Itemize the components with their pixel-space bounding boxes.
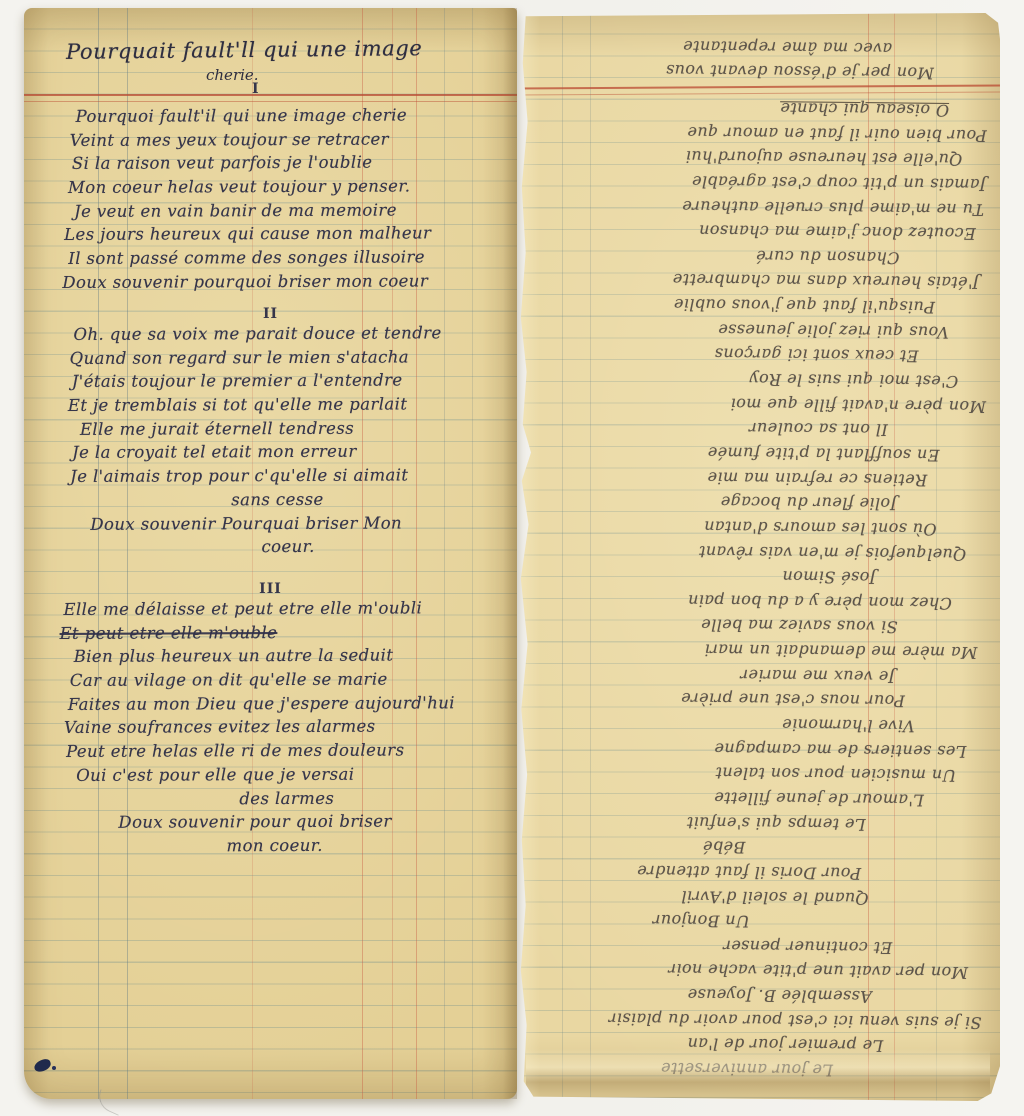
handwriting-line: Où sont les amours d'antan xyxy=(531,512,989,541)
handwriting-line: Pourquoi fault'il qui une image cherie xyxy=(56,103,511,129)
handwriting-line: Pour Doris il faut attendre xyxy=(527,857,985,886)
handwriting-line: Pour bien ouir il faut en amour que xyxy=(535,118,993,147)
handwriting-line: Mon per je d'éssou devant vous xyxy=(538,57,984,86)
handwriting-line: Doux souvenir pourquoi briser mon coeur xyxy=(56,269,511,295)
stanza-1: Pourquoi fault'il qui une image cherieVe… xyxy=(56,103,512,294)
flipped-song-lines: Le jour anniversetteLe premier jour de l… xyxy=(525,93,993,1084)
handwriting-line: Elle me délaisse et peut etre elle m'oub… xyxy=(53,596,512,622)
handwriting-line: Mon père n'avait fille que moi xyxy=(532,389,990,418)
left-page: Pourquait fault'll qui une image cherie.… xyxy=(24,8,517,1099)
handwriting-line: sans cesse xyxy=(56,487,511,513)
stanza-numeral-3: III xyxy=(24,581,517,597)
handwriting-line: Quand le soleil d'Avril xyxy=(527,881,985,910)
handwriting-line: avec ma âme repentante xyxy=(538,33,984,62)
handwriting-line: Je veut en vain banir de ma memoire xyxy=(56,198,511,224)
handwriting-line: O oiseau qui chante xyxy=(535,93,993,122)
handwriting-line: Oui c'est pour elle que je versai xyxy=(54,762,513,788)
handwriting-line: Chanson du curé xyxy=(533,241,991,270)
handwriting-line: C'est moi qui suis le Roy xyxy=(532,364,990,393)
handwriting-line: Jolie fleur du bocage xyxy=(531,487,989,516)
handwriting-line: Et je tremblais si tot qu'elle me parlai… xyxy=(56,392,511,418)
handwriting-line: Je veux me marier xyxy=(529,660,987,689)
handwriting-line: Ma mère me demandait un mari xyxy=(529,635,987,664)
handwriting-line: Quelquefois je m'en vais rêvant xyxy=(530,537,988,566)
handwriting-line: Si je suis venu ici c'est pour avoir du … xyxy=(525,1005,983,1034)
handwriting-line: Tu ne m'aime plus cruelle autheure xyxy=(534,192,992,221)
handwriting-line: Puisqu'il faut que j'vous oublie xyxy=(533,290,991,319)
handwriting-line: Un musicien pour son talent xyxy=(528,758,986,787)
poem-title: Pourquait fault'll qui une image xyxy=(66,36,423,64)
paper-crinkle xyxy=(526,1049,991,1095)
handwriting-line: Vous qui riez jolie jeunesse xyxy=(533,315,991,344)
stanza-numeral-2: II xyxy=(24,306,517,322)
handwriting-line: Peut etre helas elle ri de mes douleurs xyxy=(54,738,513,764)
handwriting-line: Et continuer penser xyxy=(526,931,984,960)
handwriting-line: Bien plus heureux un autre la seduit xyxy=(54,643,513,669)
handwriting-line: Vive l'harmonie xyxy=(528,709,986,738)
handwriting-line: Assemblée B. Joyeuse xyxy=(526,980,984,1009)
handwriting-line: Mon per avait une p'tite vache noir xyxy=(526,955,984,984)
handwriting-line: Bébé xyxy=(527,832,985,861)
stanza-3: Elle me délaisse et peut etre elle m'oub… xyxy=(53,596,513,859)
handwriting-line: Elle me jurait éternell tendress xyxy=(56,416,511,442)
header-red-rule xyxy=(24,94,517,102)
handwriting-line: Faites au mon Dieu que j'espere aujourd'… xyxy=(54,691,513,717)
handwriting-line: Vaine soufrances evitez les alarmes xyxy=(54,714,513,740)
handwriting-line: Chez mon père y a du bon pain xyxy=(530,586,988,615)
handwriting-line: Il ont sa couleur xyxy=(532,413,990,442)
handwriting-line: José Simon xyxy=(530,561,988,590)
handwriting-line: Mon coeur helas veut toujour y penser. xyxy=(56,174,511,200)
handwriting-line: Qu'elle est heureuse aujourd'hui xyxy=(534,142,992,171)
ink-blot-dot xyxy=(52,1066,56,1070)
handwriting-line: Doux souvenir Pourquai briser Mon xyxy=(56,511,511,537)
handwriting-line: Car au vilage on dit qu'elle se marie xyxy=(54,667,513,693)
handwriting-line: L'amour de jeune fillette xyxy=(528,783,986,812)
handwriting-line: Un Bonjour xyxy=(526,906,984,935)
flipped-footer-lines: Mon per je d'éssou devant vousavec ma âm… xyxy=(538,33,984,86)
handwriting-line: Si vous saviez ma belle xyxy=(529,610,987,639)
handwriting-line: Et ceux sont ici garçons xyxy=(532,339,990,368)
handwriting-line: Veint a mes yeux toujour se retracer xyxy=(56,127,511,153)
stanza-2: Oh. que sa voix me parait douce et tendr… xyxy=(55,321,511,560)
handwriting-line: Quand son regard sur le mien s'atacha xyxy=(56,345,511,371)
handwriting-line: des larmes xyxy=(54,785,513,811)
handwriting-line: Je la croyait tel etait mon erreur xyxy=(56,439,511,465)
handwriting-line: Les jours heureux qui cause mon malheur xyxy=(56,221,511,247)
handwriting-line: Jamais un p'tit coup c'est agréable xyxy=(534,167,992,196)
handwriting-line: Oh. que sa voix me parait douce et tendr… xyxy=(55,321,510,347)
handwriting-line: Pour nous c'est une prière xyxy=(529,684,987,713)
handwriting-line: Le temps qui s'enfuit xyxy=(527,808,985,837)
handwriting-line: Ecoutez donc j'aime ma chanson xyxy=(534,216,992,245)
poem-title-sub: cherie. xyxy=(206,66,259,84)
notebook-scan: Pourquait fault'll qui une image cherie.… xyxy=(0,0,1024,1116)
handwriting-line: Et peut etre elle m'ouble xyxy=(54,620,513,646)
handwriting-line: Il sont passé comme des songes illusoire xyxy=(56,245,511,271)
handwriting-line: Doux souvenir pour quoi briser xyxy=(54,809,513,835)
handwriting-line: En soufflant la p'tite fumée xyxy=(531,438,989,467)
right-page: Mon per je d'éssou devant vousavec ma âm… xyxy=(516,13,1000,1101)
handwriting-line: Je l'aimais trop pour c'qu'elle si aimai… xyxy=(56,463,511,489)
handwriting-line: coeur. xyxy=(56,534,511,560)
ink-blot xyxy=(33,1058,53,1074)
handwriting-line: J'étais toujour le premier a l'entendre xyxy=(56,368,511,394)
handwriting-line: Si la raison veut parfois je l'oublie xyxy=(56,150,511,176)
handwriting-line: Les sentiers de ma campagne xyxy=(528,734,986,763)
handwriting-line: J'étais heureux dans ma chambrette xyxy=(533,265,991,294)
handwriting-line: mon coeur. xyxy=(54,833,513,859)
binding-shadow xyxy=(503,8,517,1099)
handwriting-line: Retiens ce refrain ma mie xyxy=(531,463,989,492)
